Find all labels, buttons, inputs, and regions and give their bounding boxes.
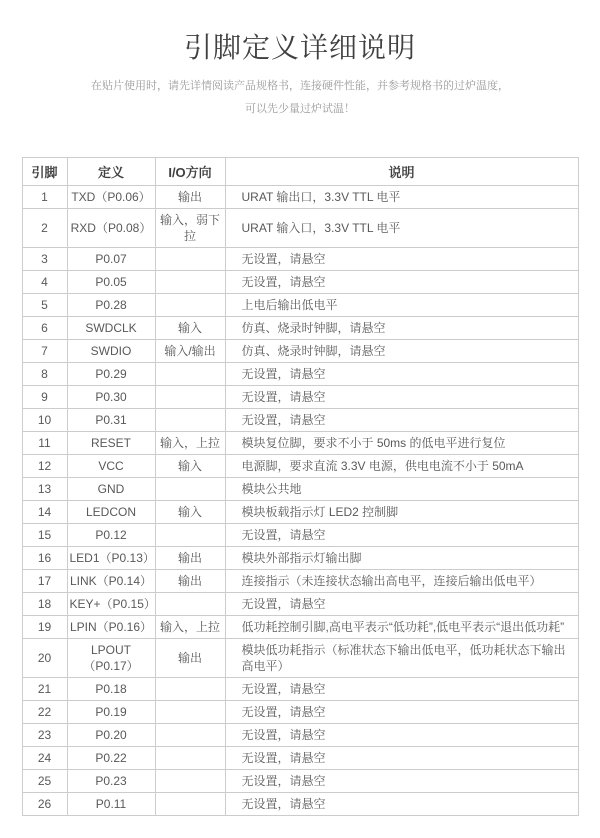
description-cell: 无设置，请悬空 [225, 747, 578, 770]
table-row: 24P0.22无设置，请悬空 [22, 747, 578, 770]
pin-cell: 17 [22, 570, 67, 593]
io-direction-cell [155, 478, 225, 501]
table-row: 1TXD（P0.06）输出URAT 输出口，3.3V TTL 电平 [22, 186, 578, 209]
pin-cell: 1 [22, 186, 67, 209]
description-cell: URAT 输入口，3.3V TTL 电平 [225, 209, 578, 248]
definition-cell: P0.05 [67, 271, 155, 294]
definition-cell: P0.20 [67, 724, 155, 747]
table-row: 21P0.18无设置，请悬空 [22, 678, 578, 701]
description-cell: 无设置，请悬空 [225, 271, 578, 294]
description-cell: 无设置，请悬空 [225, 770, 578, 793]
definition-cell: P0.30 [67, 386, 155, 409]
subtitle-line-1: 在贴片使用时，请先详情阅读产品规格书，连接硬件性能，并参考规格书的过炉温度， [0, 75, 600, 98]
definition-cell: P0.12 [67, 524, 155, 547]
description-cell: 无设置，请悬空 [225, 701, 578, 724]
description-cell: 无设置，请悬空 [225, 793, 578, 816]
description-cell: URAT 输出口，3.3V TTL 电平 [225, 186, 578, 209]
table-row: 5P0.28上电后输出低电平 [22, 294, 578, 317]
io-direction-cell [155, 294, 225, 317]
definition-cell: P0.19 [67, 701, 155, 724]
table-row: 25P0.23无设置，请悬空 [22, 770, 578, 793]
io-direction-cell [155, 271, 225, 294]
table-row: 10P0.31无设置，请悬空 [22, 409, 578, 432]
io-direction-cell: 输入，上拉 [155, 432, 225, 455]
pin-cell: 11 [22, 432, 67, 455]
table-row: 14LEDCON输入模块板载指示灯 LED2 控制脚 [22, 501, 578, 524]
io-direction-cell: 输入，上拉 [155, 616, 225, 639]
definition-cell: LED1（P0.13） [67, 547, 155, 570]
table-row: 19LPIN（P0.16）输入，上拉低功耗控制引脚,高电平表示“低功耗”,低电平… [22, 616, 578, 639]
io-direction-cell: 输入，弱下拉 [155, 209, 225, 248]
description-cell: 上电后输出低电平 [225, 294, 578, 317]
page-subtitle: 在贴片使用时，请先详情阅读产品规格书，连接硬件性能，并参考规格书的过炉温度， 可… [0, 75, 600, 121]
definition-cell: SWDIO [67, 340, 155, 363]
definition-cell: P0.28 [67, 294, 155, 317]
definition-cell: P0.11 [67, 793, 155, 816]
io-direction-cell [155, 747, 225, 770]
definition-cell: P0.23 [67, 770, 155, 793]
table-row: 20LPOUT（P0.17）输出模块低功耗指示（标准状态下输出低电平，低功耗状态… [22, 639, 578, 678]
pin-cell: 18 [22, 593, 67, 616]
pin-cell: 15 [22, 524, 67, 547]
pin-cell: 12 [22, 455, 67, 478]
description-cell: 无设置，请悬空 [225, 386, 578, 409]
description-cell: 连接指示（未连接状态输出高电平，连接后输出低电平） [225, 570, 578, 593]
table-row: 11RESET输入，上拉模块复位脚，要求不小于 50ms 的低电平进行复位 [22, 432, 578, 455]
table-row: 18KEY+（P0.15）无设置，请悬空 [22, 593, 578, 616]
col-header-definition: 定义 [67, 158, 155, 186]
description-cell: 模块外部指示灯输出脚 [225, 547, 578, 570]
definition-cell: P0.31 [67, 409, 155, 432]
definition-cell: GND [67, 478, 155, 501]
description-cell: 无设置，请悬空 [225, 724, 578, 747]
pin-cell: 7 [22, 340, 67, 363]
table-header-row: 引脚 定义 I/O方向 说明 [22, 158, 578, 186]
pin-cell: 16 [22, 547, 67, 570]
io-direction-cell [155, 593, 225, 616]
table-row: 6SWDCLK输入仿真、烧录时钟脚，请悬空 [22, 317, 578, 340]
description-cell: 仿真、烧录时钟脚，请悬空 [225, 340, 578, 363]
pin-cell: 19 [22, 616, 67, 639]
description-cell: 低功耗控制引脚,高电平表示“低功耗”,低电平表示“退出低功耗” [225, 616, 578, 639]
subtitle-line-2: 可以先少量过炉试温！ [0, 98, 600, 121]
io-direction-cell: 输入 [155, 455, 225, 478]
col-header-io-direction: I/O方向 [155, 158, 225, 186]
description-cell: 无设置，请悬空 [225, 409, 578, 432]
page-title: 引脚定义详细说明 [0, 0, 600, 66]
definition-cell: LEDCON [67, 501, 155, 524]
table-row: 7SWDIO输入/输出仿真、烧录时钟脚，请悬空 [22, 340, 578, 363]
definition-cell: KEY+（P0.15） [67, 593, 155, 616]
pin-cell: 23 [22, 724, 67, 747]
description-cell: 无设置，请悬空 [225, 593, 578, 616]
pin-cell: 22 [22, 701, 67, 724]
io-direction-cell: 输出 [155, 639, 225, 678]
definition-cell: LINK（P0.14） [67, 570, 155, 593]
pin-table-body: 1TXD（P0.06）输出URAT 输出口，3.3V TTL 电平2RXD（P0… [22, 186, 578, 816]
pin-cell: 25 [22, 770, 67, 793]
table-row: 13GND模块公共地 [22, 478, 578, 501]
io-direction-cell: 输出 [155, 570, 225, 593]
io-direction-cell [155, 793, 225, 816]
pin-definition-table: 引脚 定义 I/O方向 说明 1TXD（P0.06）输出URAT 输出口，3.3… [22, 157, 579, 816]
table-row: 17LINK（P0.14）输出连接指示（未连接状态输出高电平，连接后输出低电平） [22, 570, 578, 593]
table-row: 16LED1（P0.13）输出模块外部指示灯输出脚 [22, 547, 578, 570]
pin-cell: 4 [22, 271, 67, 294]
table-row: 22P0.19无设置，请悬空 [22, 701, 578, 724]
col-header-description: 说明 [225, 158, 578, 186]
io-direction-cell: 输入/输出 [155, 340, 225, 363]
description-cell: 无设置，请悬空 [225, 678, 578, 701]
col-header-pin: 引脚 [22, 158, 67, 186]
table-row: 9P0.30无设置，请悬空 [22, 386, 578, 409]
io-direction-cell [155, 248, 225, 271]
definition-cell: LPIN（P0.16） [67, 616, 155, 639]
definition-cell: P0.07 [67, 248, 155, 271]
definition-cell: P0.18 [67, 678, 155, 701]
pin-cell: 21 [22, 678, 67, 701]
pin-cell: 2 [22, 209, 67, 248]
io-direction-cell [155, 770, 225, 793]
io-direction-cell [155, 409, 225, 432]
description-cell: 无设置，请悬空 [225, 248, 578, 271]
pin-cell: 8 [22, 363, 67, 386]
definition-cell: P0.22 [67, 747, 155, 770]
io-direction-cell [155, 701, 225, 724]
definition-cell: LPOUT（P0.17） [67, 639, 155, 678]
definition-cell: P0.29 [67, 363, 155, 386]
pin-cell: 6 [22, 317, 67, 340]
definition-cell: TXD（P0.06） [67, 186, 155, 209]
table-row: 23P0.20无设置，请悬空 [22, 724, 578, 747]
description-cell: 模块低功耗指示（标准状态下输出低电平，低功耗状态下输出高电平） [225, 639, 578, 678]
description-cell: 模块复位脚，要求不小于 50ms 的低电平进行复位 [225, 432, 578, 455]
pin-cell: 24 [22, 747, 67, 770]
table-row: 3P0.07无设置，请悬空 [22, 248, 578, 271]
io-direction-cell: 输出 [155, 547, 225, 570]
pin-cell: 13 [22, 478, 67, 501]
description-cell: 无设置，请悬空 [225, 524, 578, 547]
io-direction-cell: 输出 [155, 186, 225, 209]
table-row: 12VCC输入电源脚，要求直流 3.3V 电源，供电电流不小于 50mA [22, 455, 578, 478]
description-cell: 模块公共地 [225, 478, 578, 501]
io-direction-cell [155, 363, 225, 386]
pin-cell: 5 [22, 294, 67, 317]
definition-cell: VCC [67, 455, 155, 478]
pin-definition-page: 引脚定义详细说明 在贴片使用时，请先详情阅读产品规格书，连接硬件性能，并参考规格… [0, 0, 600, 838]
table-row: 15P0.12无设置，请悬空 [22, 524, 578, 547]
description-cell: 模块板载指示灯 LED2 控制脚 [225, 501, 578, 524]
pin-cell: 9 [22, 386, 67, 409]
pin-cell: 3 [22, 248, 67, 271]
table-row: 4P0.05无设置，请悬空 [22, 271, 578, 294]
pin-cell: 20 [22, 639, 67, 678]
io-direction-cell [155, 386, 225, 409]
table-row: 2RXD（P0.08）输入，弱下拉URAT 输入口，3.3V TTL 电平 [22, 209, 578, 248]
io-direction-cell: 输入 [155, 501, 225, 524]
definition-cell: RESET [67, 432, 155, 455]
io-direction-cell [155, 524, 225, 547]
io-direction-cell [155, 678, 225, 701]
definition-cell: RXD（P0.08） [67, 209, 155, 248]
table-row: 8P0.29无设置，请悬空 [22, 363, 578, 386]
io-direction-cell [155, 724, 225, 747]
pin-cell: 14 [22, 501, 67, 524]
description-cell: 电源脚，要求直流 3.3V 电源，供电电流不小于 50mA [225, 455, 578, 478]
description-cell: 仿真、烧录时钟脚，请悬空 [225, 317, 578, 340]
pin-cell: 26 [22, 793, 67, 816]
definition-cell: SWDCLK [67, 317, 155, 340]
io-direction-cell: 输入 [155, 317, 225, 340]
description-cell: 无设置，请悬空 [225, 363, 578, 386]
pin-cell: 10 [22, 409, 67, 432]
table-row: 26P0.11无设置，请悬空 [22, 793, 578, 816]
